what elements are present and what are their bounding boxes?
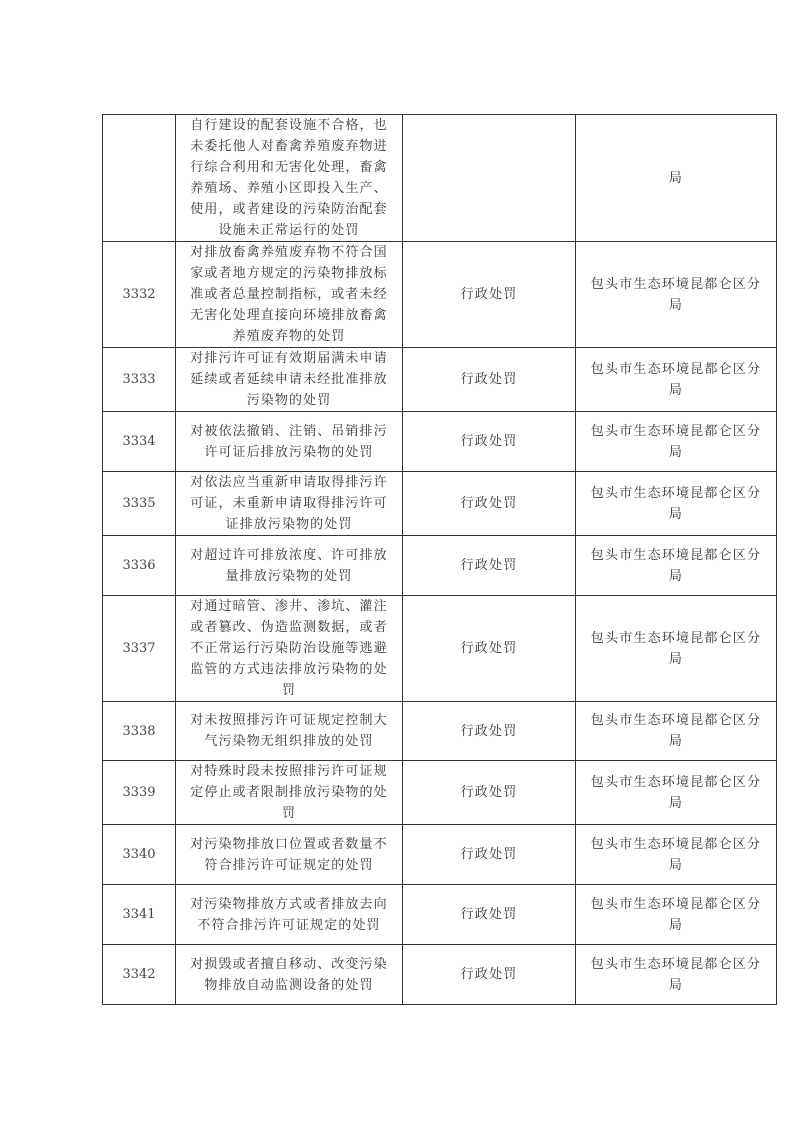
agency-line: 局	[582, 380, 770, 401]
item-type-cell	[403, 115, 576, 242]
table-row: 3334对被依法撤销、注销、吊销排污许可证后排放污染物的处罚行政处罚包头市生态环…	[103, 412, 777, 472]
description-line: 可证，未重新申请取得排污许可	[182, 493, 396, 514]
description-line: 罚	[182, 803, 396, 824]
item-type-cell: 行政处罚	[403, 945, 576, 1005]
description-line: 不正常运行污染防治设施等逃避	[182, 638, 396, 659]
item-number-cell: 3342	[103, 945, 176, 1005]
penalty-items-table: 自行建设的配套设施不合格，也未委托他人对畜禽养殖废弃物进行综合利用和无害化处理，…	[102, 114, 777, 1005]
implementing-agency-cell: 包头市生态环境昆都仑区分局	[576, 702, 777, 761]
item-type-text: 行政处罚	[461, 785, 518, 800]
agency-line: 包头市生态环境昆都仑区分	[582, 545, 770, 566]
item-type-cell: 行政处罚	[403, 412, 576, 472]
item-number-cell: 3338	[103, 702, 176, 761]
table-body: 自行建设的配套设施不合格，也未委托他人对畜禽养殖废弃物进行综合利用和无害化处理，…	[103, 115, 777, 1005]
item-number-cell: 3337	[103, 596, 176, 702]
description-line: 证排放污染物的处罚	[182, 514, 396, 535]
table-row: 3336对超过许可排放浓度、许可排放量排放污染物的处罚行政处罚包头市生态环境昆都…	[103, 536, 777, 596]
item-description-cell: 对特殊时段未按照排污许可证规定停止或者限制排放污染物的处罚	[176, 761, 403, 825]
item-type-text: 行政处罚	[461, 558, 518, 573]
agency-line: 局	[582, 168, 770, 189]
description-line: 对污染物排放方式或者排放去向	[182, 894, 396, 915]
item-type-text: 行政处罚	[461, 287, 518, 302]
item-type-cell: 行政处罚	[403, 348, 576, 412]
description-line: 对污染物排放口位置或者数量不	[182, 834, 396, 855]
description-line: 延续或者延续申请未经批准排放	[182, 369, 396, 390]
table-row: 3337对通过暗管、渗井、渗坑、灌注或者篡改、伪造监测数据，或者不正常运行污染防…	[103, 596, 777, 702]
agency-line: 包头市生态环境昆都仑区分	[582, 274, 770, 295]
item-type-text: 行政处罚	[461, 372, 518, 387]
item-type-text: 行政处罚	[461, 434, 518, 449]
item-type-text: 行政处罚	[461, 724, 518, 739]
item-description-cell: 对排污许可证有效期届满未申请延续或者延续申请未经批准排放污染物的处罚	[176, 348, 403, 412]
table-row: 3338对未按照排污许可证规定控制大气污染物无组织排放的处罚行政处罚包头市生态环…	[103, 702, 777, 761]
agency-line: 局	[582, 975, 770, 996]
item-description-cell: 对污染物排放方式或者排放去向不符合排污许可证规定的处罚	[176, 885, 403, 945]
item-description-cell: 对污染物排放口位置或者数量不符合排污许可证规定的处罚	[176, 825, 403, 885]
agency-line: 局	[582, 295, 770, 316]
description-line: 对超过许可排放浓度、许可排放	[182, 545, 396, 566]
description-line: 设施未正常运行的处罚	[182, 220, 396, 241]
implementing-agency-cell: 包头市生态环境昆都仑区分局	[576, 536, 777, 596]
implementing-agency-cell: 包头市生态环境昆都仑区分局	[576, 348, 777, 412]
implementing-agency-cell: 包头市生态环境昆都仑区分局	[576, 761, 777, 825]
description-line: 行综合利用和无害化处理，畜禽	[182, 157, 396, 178]
item-number-cell: 3341	[103, 885, 176, 945]
item-description-cell: 对排放畜禽养殖废弃物不符合国家或者地方规定的污染物排放标准或者总量控制指标，或者…	[176, 242, 403, 348]
agency-line: 局	[582, 915, 770, 936]
description-line: 对依法应当重新申请取得排污许	[182, 472, 396, 493]
agency-line: 局	[582, 566, 770, 587]
description-line: 对通过暗管、渗井、渗坑、灌注	[182, 596, 396, 617]
agency-line: 包头市生态环境昆都仑区分	[582, 772, 770, 793]
description-line: 不符合排污许可证规定的处罚	[182, 915, 396, 936]
table-row: 3335对依法应当重新申请取得排污许可证，未重新申请取得排污许可证排放污染物的处…	[103, 472, 777, 536]
item-type-text: 行政处罚	[461, 496, 518, 511]
agency-line: 包头市生态环境昆都仑区分	[582, 483, 770, 504]
description-line: 对损毁或者擅自移动、改变污染	[182, 954, 396, 975]
table-row: 3333对排污许可证有效期届满未申请延续或者延续申请未经批准排放污染物的处罚行政…	[103, 348, 777, 412]
item-type-cell: 行政处罚	[403, 536, 576, 596]
implementing-agency-cell: 包头市生态环境昆都仑区分局	[576, 596, 777, 702]
item-number-cell: 3340	[103, 825, 176, 885]
description-line: 对排污许可证有效期届满未申请	[182, 348, 396, 369]
agency-line: 包头市生态环境昆都仑区分	[582, 359, 770, 380]
item-number-cell: 3339	[103, 761, 176, 825]
agency-line: 包头市生态环境昆都仑区分	[582, 710, 770, 731]
item-number-cell: 3334	[103, 412, 176, 472]
agency-line: 局	[582, 793, 770, 814]
item-type-cell: 行政处罚	[403, 596, 576, 702]
description-line: 污染物的处罚	[182, 390, 396, 411]
item-type-cell: 行政处罚	[403, 472, 576, 536]
description-line: 养殖场、养殖小区即投入生产、	[182, 178, 396, 199]
item-number-cell: 3336	[103, 536, 176, 596]
table-row: 3339对特殊时段未按照排污许可证规定停止或者限制排放污染物的处罚行政处罚包头市…	[103, 761, 777, 825]
item-type-text: 行政处罚	[461, 641, 518, 656]
description-line: 监管的方式违法排放污染物的处	[182, 659, 396, 680]
description-line: 或者篡改、伪造监测数据，或者	[182, 617, 396, 638]
item-type-cell: 行政处罚	[403, 885, 576, 945]
item-description-cell: 对被依法撤销、注销、吊销排污许可证后排放污染物的处罚	[176, 412, 403, 472]
table-row: 3341对污染物排放方式或者排放去向不符合排污许可证规定的处罚行政处罚包头市生态…	[103, 885, 777, 945]
agency-line: 局	[582, 442, 770, 463]
description-line: 使用，或者建设的污染防治配套	[182, 199, 396, 220]
item-type-text: 行政处罚	[461, 967, 518, 982]
item-number-cell: 3332	[103, 242, 176, 348]
description-line: 许可证后排放污染物的处罚	[182, 442, 396, 463]
description-line: 自行建设的配套设施不合格，也	[182, 115, 396, 136]
item-number-cell	[103, 115, 176, 242]
item-description-cell: 对损毁或者擅自移动、改变污染物排放自动监测设备的处罚	[176, 945, 403, 1005]
description-line: 对特殊时段未按照排污许可证规	[182, 761, 396, 782]
description-line: 养殖废弃物的处罚	[182, 326, 396, 347]
agency-line: 包头市生态环境昆都仑区分	[582, 894, 770, 915]
description-line: 罚	[182, 680, 396, 701]
implementing-agency-cell: 包头市生态环境昆都仑区分局	[576, 472, 777, 536]
description-line: 物排放自动监测设备的处罚	[182, 975, 396, 996]
agency-line: 局	[582, 855, 770, 876]
item-number-cell: 3333	[103, 348, 176, 412]
description-line: 量排放污染物的处罚	[182, 566, 396, 587]
agency-line: 局	[582, 649, 770, 670]
description-line: 气污染物无组织排放的处罚	[182, 731, 396, 752]
implementing-agency-cell: 包头市生态环境昆都仑区分局	[576, 412, 777, 472]
item-number-cell: 3335	[103, 472, 176, 536]
table-row: 3340对污染物排放口位置或者数量不符合排污许可证规定的处罚行政处罚包头市生态环…	[103, 825, 777, 885]
description-line: 无害化处理直接向环境排放畜禽	[182, 305, 396, 326]
description-line: 家或者地方规定的污染物排放标	[182, 263, 396, 284]
description-line: 对被依法撤销、注销、吊销排污	[182, 421, 396, 442]
description-line: 对未按照排污许可证规定控制大	[182, 710, 396, 731]
agency-line: 包头市生态环境昆都仑区分	[582, 421, 770, 442]
table-row: 自行建设的配套设施不合格，也未委托他人对畜禽养殖废弃物进行综合利用和无害化处理，…	[103, 115, 777, 242]
table-row: 3332对排放畜禽养殖废弃物不符合国家或者地方规定的污染物排放标准或者总量控制指…	[103, 242, 777, 348]
item-type-cell: 行政处罚	[403, 761, 576, 825]
item-description-cell: 对超过许可排放浓度、许可排放量排放污染物的处罚	[176, 536, 403, 596]
agency-line: 局	[582, 504, 770, 525]
agency-line: 包头市生态环境昆都仑区分	[582, 954, 770, 975]
item-type-cell: 行政处罚	[403, 825, 576, 885]
item-description-cell: 对通过暗管、渗井、渗坑、灌注或者篡改、伪造监测数据，或者不正常运行污染防治设施等…	[176, 596, 403, 702]
item-type-text: 行政处罚	[461, 847, 518, 862]
description-line: 对排放畜禽养殖废弃物不符合国	[182, 242, 396, 263]
agency-line: 局	[582, 731, 770, 752]
description-line: 未委托他人对畜禽养殖废弃物进	[182, 136, 396, 157]
item-type-cell: 行政处罚	[403, 242, 576, 348]
description-line: 定停止或者限制排放污染物的处	[182, 782, 396, 803]
implementing-agency-cell: 局	[576, 115, 777, 242]
item-description-cell: 对依法应当重新申请取得排污许可证，未重新申请取得排污许可证排放污染物的处罚	[176, 472, 403, 536]
agency-line: 包头市生态环境昆都仑区分	[582, 628, 770, 649]
item-type-cell: 行政处罚	[403, 702, 576, 761]
implementing-agency-cell: 包头市生态环境昆都仑区分局	[576, 242, 777, 348]
implementing-agency-cell: 包头市生态环境昆都仑区分局	[576, 885, 777, 945]
agency-line: 包头市生态环境昆都仑区分	[582, 834, 770, 855]
table-row: 3342对损毁或者擅自移动、改变污染物排放自动监测设备的处罚行政处罚包头市生态环…	[103, 945, 777, 1005]
implementing-agency-cell: 包头市生态环境昆都仑区分局	[576, 825, 777, 885]
description-line: 准或者总量控制指标，或者未经	[182, 284, 396, 305]
implementing-agency-cell: 包头市生态环境昆都仑区分局	[576, 945, 777, 1005]
item-description-cell: 对未按照排污许可证规定控制大气污染物无组织排放的处罚	[176, 702, 403, 761]
item-description-cell: 自行建设的配套设施不合格，也未委托他人对畜禽养殖废弃物进行综合利用和无害化处理，…	[176, 115, 403, 242]
item-type-text: 行政处罚	[461, 907, 518, 922]
description-line: 符合排污许可证规定的处罚	[182, 855, 396, 876]
